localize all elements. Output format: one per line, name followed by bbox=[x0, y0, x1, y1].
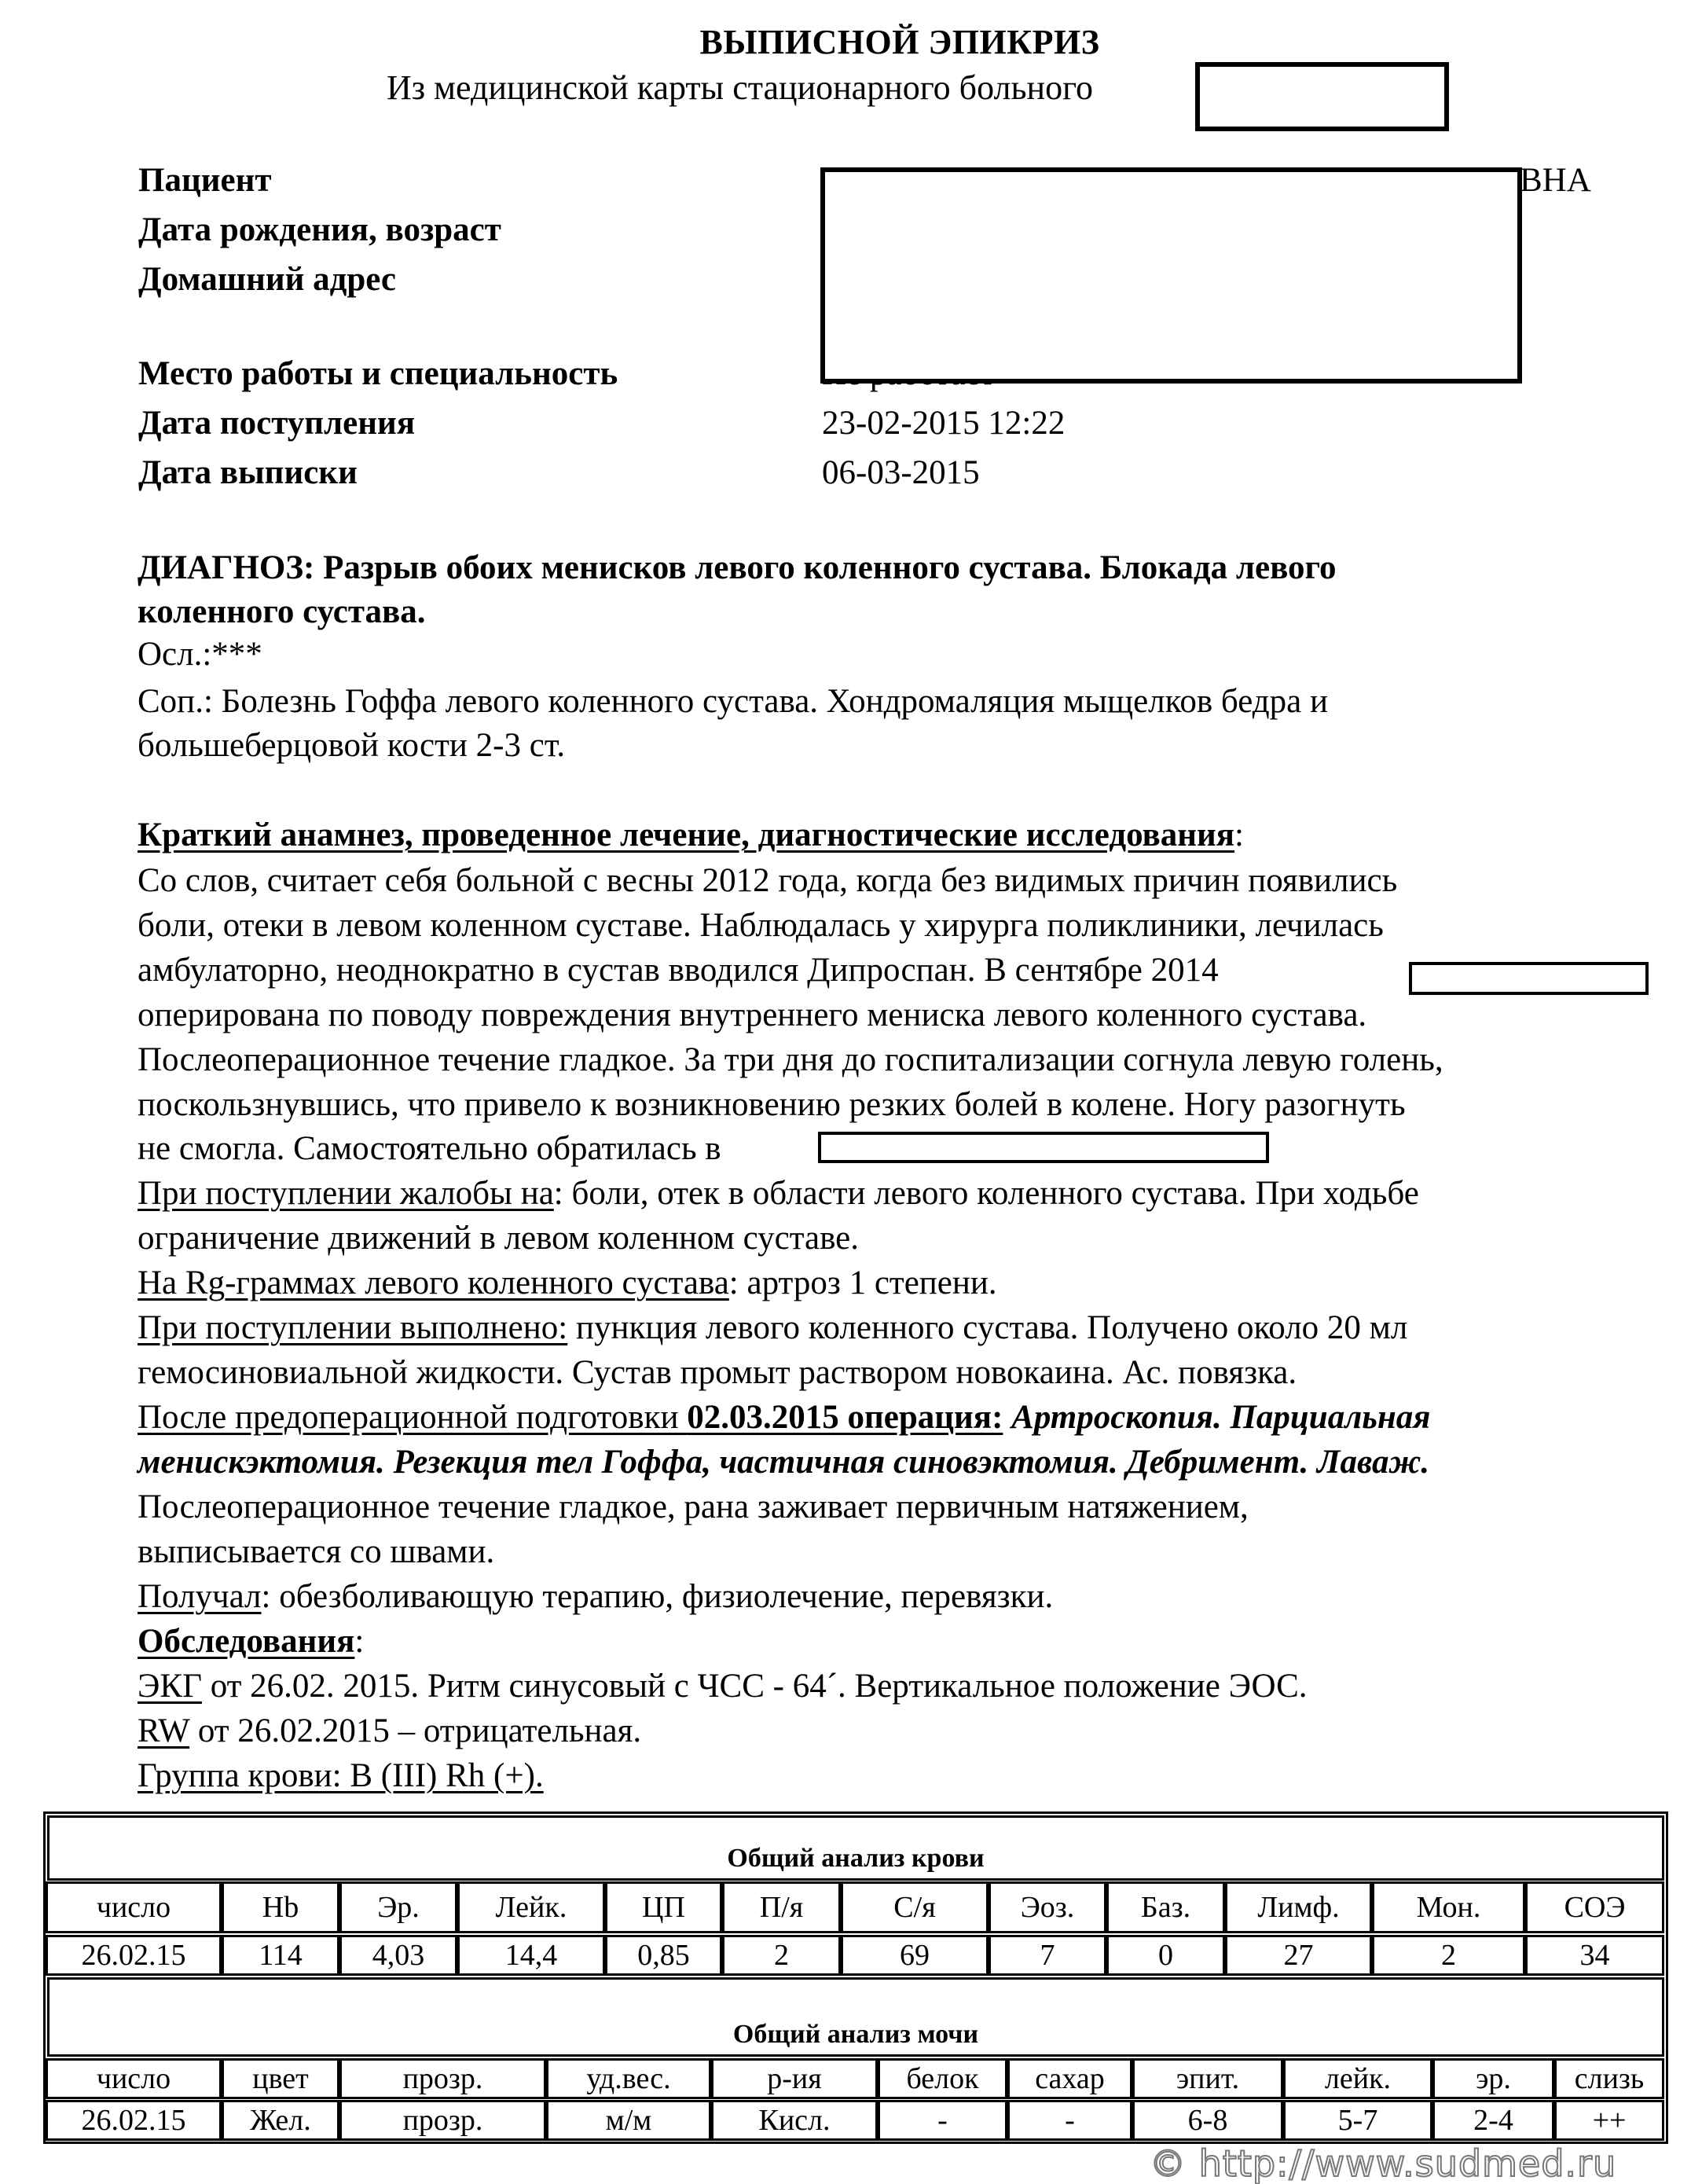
urine_test-headers-cell: эр. bbox=[1432, 2058, 1554, 2099]
xray-text: : артроз 1 степени. bbox=[729, 1265, 997, 1301]
blood-test-title: Общий анализ крови bbox=[47, 1844, 1664, 1874]
surgery-label: После предоперационной подготовки bbox=[138, 1399, 687, 1436]
blood_test-headers-cell: П/я bbox=[722, 1881, 841, 1933]
anamnesis-heading: Краткий анамнез, проведенное лечение, ди… bbox=[138, 816, 1244, 854]
complaints-label: При поступлении жалобы на bbox=[138, 1175, 554, 1212]
procedure-label: При поступлении выполнено: bbox=[138, 1309, 567, 1346]
document-title: ВЫПИСНОЙ ЭПИКРИЗ bbox=[0, 22, 1691, 62]
xray-label: На Rg-граммах левого коленного сустава bbox=[138, 1265, 729, 1301]
urine_test-headers-cell: эпит. bbox=[1132, 2058, 1283, 2099]
urine_test-values-cell: Кисл. bbox=[711, 2100, 878, 2141]
procedure-line-2: гемосиновиальной жидкости. Сустав промыт… bbox=[138, 1353, 1297, 1392]
anamnesis-heading-text: Краткий анамнез, проведенное лечение, ди… bbox=[138, 817, 1234, 853]
urine_test-headers-cell: сахар bbox=[1007, 2058, 1132, 2099]
examinations-heading-colon: : bbox=[354, 1623, 364, 1660]
blood_test-headers-cell: Лейк. bbox=[457, 1881, 605, 1933]
urine_test-values-cell: 6-8 bbox=[1132, 2100, 1283, 2141]
rw-label: RW bbox=[138, 1712, 189, 1749]
blood_test-headers-cell: Мон. bbox=[1372, 1881, 1525, 1933]
procedure-text: пункция левого коленного сустава. Получе… bbox=[567, 1309, 1407, 1346]
diagnosis-line-1: ДИАГНОЗ: Разрыв обоих менисков левого ко… bbox=[138, 549, 1337, 587]
anamnesis-line: боли, отеки в левом коленном суставе. На… bbox=[138, 906, 1384, 945]
rw-line: RW от 26.02.2015 – отрицательная. bbox=[138, 1712, 641, 1750]
value-admission-date: 23-02-2015 12:22 bbox=[822, 404, 1065, 442]
anamnesis-line: Со слов, считает себя больной с весны 20… bbox=[138, 861, 1397, 900]
ecg-label: ЭКГ bbox=[138, 1668, 202, 1705]
label-birthdate: Дата рождения, возраст bbox=[138, 211, 501, 249]
blood_test-values-cell: 34 bbox=[1525, 1935, 1664, 1976]
surgery-text: Артроскопия. Парциальная bbox=[1003, 1399, 1430, 1436]
watermark: © http://www.sudmed.ru bbox=[1150, 2142, 1616, 2184]
procedure-line: При поступлении выполнено: пункция левог… bbox=[138, 1309, 1407, 1347]
blood_test-values-cell: 4,03 bbox=[339, 1935, 457, 1976]
blood_test-values-cell: 27 bbox=[1225, 1935, 1372, 1976]
complaints-line-2: ограничение движений в левом коленном су… bbox=[138, 1219, 859, 1257]
blood_test-values-cell: 2 bbox=[722, 1935, 841, 1976]
redacted-inline-hospital bbox=[818, 1132, 1269, 1163]
blood_test-headers-cell: число bbox=[46, 1881, 222, 1933]
urine_test-values-cell: Жел. bbox=[222, 2100, 339, 2141]
blood-group: Группа крови: В (III) Rh (+). bbox=[138, 1756, 544, 1795]
urine_test-values-cell: 2-4 bbox=[1432, 2100, 1554, 2141]
urine_test-values-cell: 26.02.15 bbox=[46, 2100, 222, 2141]
diagnosis-concomitant-2: большеберцовой кости 2-3 ст. bbox=[138, 726, 565, 765]
received-text: : обезболивающую терапию, физиолечение, … bbox=[262, 1578, 1054, 1615]
label-workplace: Место работы и специальность bbox=[138, 354, 618, 393]
blood_test-values-cell: 0 bbox=[1106, 1935, 1225, 1976]
surgery-line: После предоперационной подготовки 02.03.… bbox=[138, 1398, 1430, 1437]
surgery-line-2: менискэктомия. Резекция тел Гоффа, части… bbox=[138, 1443, 1429, 1481]
diagnosis-concomitant-1: Соп.: Болезнь Гоффа левого коленного сус… bbox=[138, 682, 1328, 721]
urine_test-headers-cell: число bbox=[46, 2058, 222, 2099]
blood_test-values-cell: 114 bbox=[222, 1935, 339, 1976]
blood_test-headers-cell: СОЭ bbox=[1525, 1881, 1664, 1933]
blood_test-values-cell: 14,4 bbox=[457, 1935, 605, 1976]
document-subtitle: Из медицинской карты стационарного больн… bbox=[387, 68, 1093, 108]
blood_test-values-cell: 7 bbox=[989, 1935, 1106, 1976]
redacted-inline-clinic bbox=[1409, 962, 1649, 995]
value-discharge-date: 06-03-2015 bbox=[822, 453, 980, 492]
examinations-heading-text: Обследования bbox=[138, 1623, 354, 1660]
anamnesis-line: не смогла. Самостоятельно обратилась в bbox=[138, 1129, 721, 1168]
anamnesis-line: Послеоперационное течение гладкое. За тр… bbox=[138, 1041, 1443, 1079]
postop-line-1: Послеоперационное течение гладкое, рана … bbox=[138, 1488, 1249, 1526]
urine_test-values-cell: - bbox=[1007, 2100, 1132, 2141]
postop-line-2: выписывается со швами. bbox=[138, 1532, 494, 1571]
complaints-line: При поступлении жалобы на: боли, отек в … bbox=[138, 1174, 1419, 1213]
redacted-patient-info bbox=[820, 167, 1522, 384]
blood_test-values-cell: 0,85 bbox=[605, 1935, 722, 1976]
blood_test-headers-cell: ЦП bbox=[605, 1881, 722, 1933]
blood_test-headers-cell: Эр. bbox=[339, 1881, 457, 1933]
urine_test-values-cell: м/м bbox=[546, 2100, 711, 2141]
received-label: Получал bbox=[138, 1578, 262, 1615]
examinations-heading: Обследования: bbox=[138, 1622, 364, 1661]
surgery-date: 02.03.2015 операция: bbox=[687, 1399, 1003, 1436]
xray-line: На Rg-граммах левого коленного сустава: … bbox=[138, 1264, 997, 1302]
diagnosis-complication: Осл.:*** bbox=[138, 635, 262, 674]
anamnesis-heading-colon: : bbox=[1234, 817, 1244, 853]
ecg-line: ЭКГ от 26.02. 2015. Ритм синусовый с ЧСС… bbox=[138, 1667, 1308, 1705]
complaints-text: : боли, отек в области левого коленного … bbox=[554, 1175, 1419, 1212]
urine_test-headers-cell: прозр. bbox=[339, 2058, 546, 2099]
urine_test-headers-cell: р-ия bbox=[711, 2058, 878, 2099]
urine-test-title: Общий анализ мочи bbox=[47, 2020, 1664, 2050]
anamnesis-line: поскользнувшись, что привело к возникнов… bbox=[138, 1085, 1406, 1124]
urine_test-headers-cell: лейк. bbox=[1283, 2058, 1432, 2099]
received-line: Получал: обезболивающую терапию, физиоле… bbox=[138, 1577, 1053, 1616]
ecg-text: от 26.02. 2015. Ритм синусовый с ЧСС - 6… bbox=[202, 1668, 1308, 1705]
label-admission-date: Дата поступления bbox=[138, 404, 415, 442]
urine_test-headers-cell: уд.вес. bbox=[546, 2058, 711, 2099]
blood_test-values-cell: 69 bbox=[841, 1935, 989, 1976]
rw-text: от 26.02.2015 – отрицательная. bbox=[189, 1712, 641, 1749]
urine_test-values-cell: ++ bbox=[1554, 2100, 1664, 2141]
urine_test-values-cell: прозр. bbox=[339, 2100, 546, 2141]
anamnesis-line: амбулаторно, неоднократно в сустав вводи… bbox=[138, 951, 1219, 989]
blood_test-headers-cell: Лимф. bbox=[1225, 1881, 1372, 1933]
blood_test-headers-cell: Баз. bbox=[1106, 1881, 1225, 1933]
blood_test-headers-cell: С/я bbox=[841, 1881, 989, 1933]
urine_test-headers-cell: белок bbox=[878, 2058, 1007, 2099]
urine_test-values-cell: 5-7 bbox=[1283, 2100, 1432, 2141]
label-discharge-date: Дата выписки bbox=[138, 453, 358, 492]
blood_test-headers-cell: Эоз. bbox=[989, 1881, 1106, 1933]
anamnesis-line: оперирована по поводу повреждения внутре… bbox=[138, 996, 1366, 1034]
blood_test-values-cell: 2 bbox=[1372, 1935, 1525, 1976]
blood_test-headers-cell: Hb bbox=[222, 1881, 339, 1933]
redacted-card-number bbox=[1195, 62, 1449, 131]
label-address: Домашний адрес bbox=[138, 260, 396, 299]
value-patient-fragment: ВНА bbox=[1520, 161, 1591, 200]
urine_test-values-cell: - bbox=[878, 2100, 1007, 2141]
diagnosis-line-2: коленного сустава. bbox=[138, 593, 426, 631]
urine_test-headers-cell: цвет bbox=[222, 2058, 339, 2099]
label-patient: Пациент bbox=[138, 161, 271, 200]
urine_test-headers-cell: слизь bbox=[1554, 2058, 1664, 2099]
blood_test-values-cell: 26.02.15 bbox=[46, 1935, 222, 1976]
